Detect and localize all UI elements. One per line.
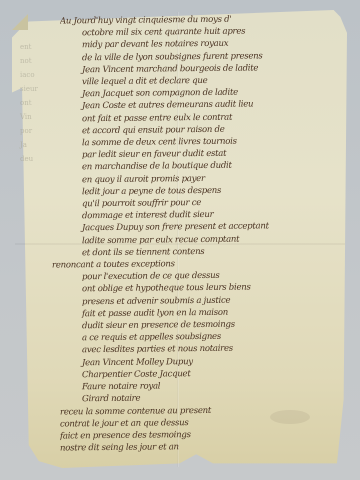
manuscript-line: nostre dit seing les jour et an — [60, 440, 342, 455]
handwritten-text: Au Jourd'huy vingt cinquiesme du moys d'… — [60, 14, 342, 453]
